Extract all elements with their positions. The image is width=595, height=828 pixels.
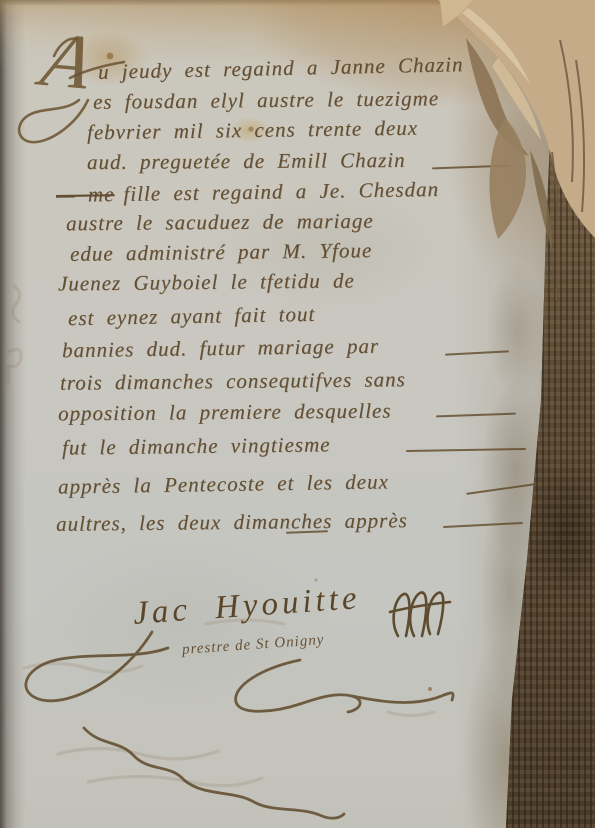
manuscript-line: bannies dud. futur mariage par (62, 336, 379, 361)
manuscript-line: austre le sacuduez de mariage (66, 211, 374, 235)
manuscript-line: es fousdan elyl austre le tuezigme (93, 88, 439, 113)
manuscript-line-text: fille est regaind a Je. Chesdan (123, 177, 439, 206)
struck-word: — me (56, 182, 115, 207)
manuscript-line: edue administré par M. Yfoue (70, 240, 372, 265)
manuscript-line: apprès la Pentecoste et les deux (58, 471, 389, 497)
manuscript-line: aud. preguetée de Emill Chazin (87, 150, 406, 173)
manuscript-line: febvrier mil six cens trente deux (87, 118, 418, 144)
manuscript-line: est eynez ayant fait tout (68, 304, 316, 329)
manuscript-line: opposition la premiere desquelles (58, 401, 392, 425)
manuscript-line: trois dimanches consequtifves sans (60, 369, 406, 394)
manuscript-line: aultres, les deux dimanches apprès (56, 510, 408, 535)
manuscript-line: Juenez Guyboiel le tfetidu de (58, 270, 355, 294)
manuscript-line: fut le dimanche vingtiesme (62, 434, 331, 458)
manuscript-photo: A u jeudy est regaind a Janne Chazin es … (0, 0, 595, 828)
